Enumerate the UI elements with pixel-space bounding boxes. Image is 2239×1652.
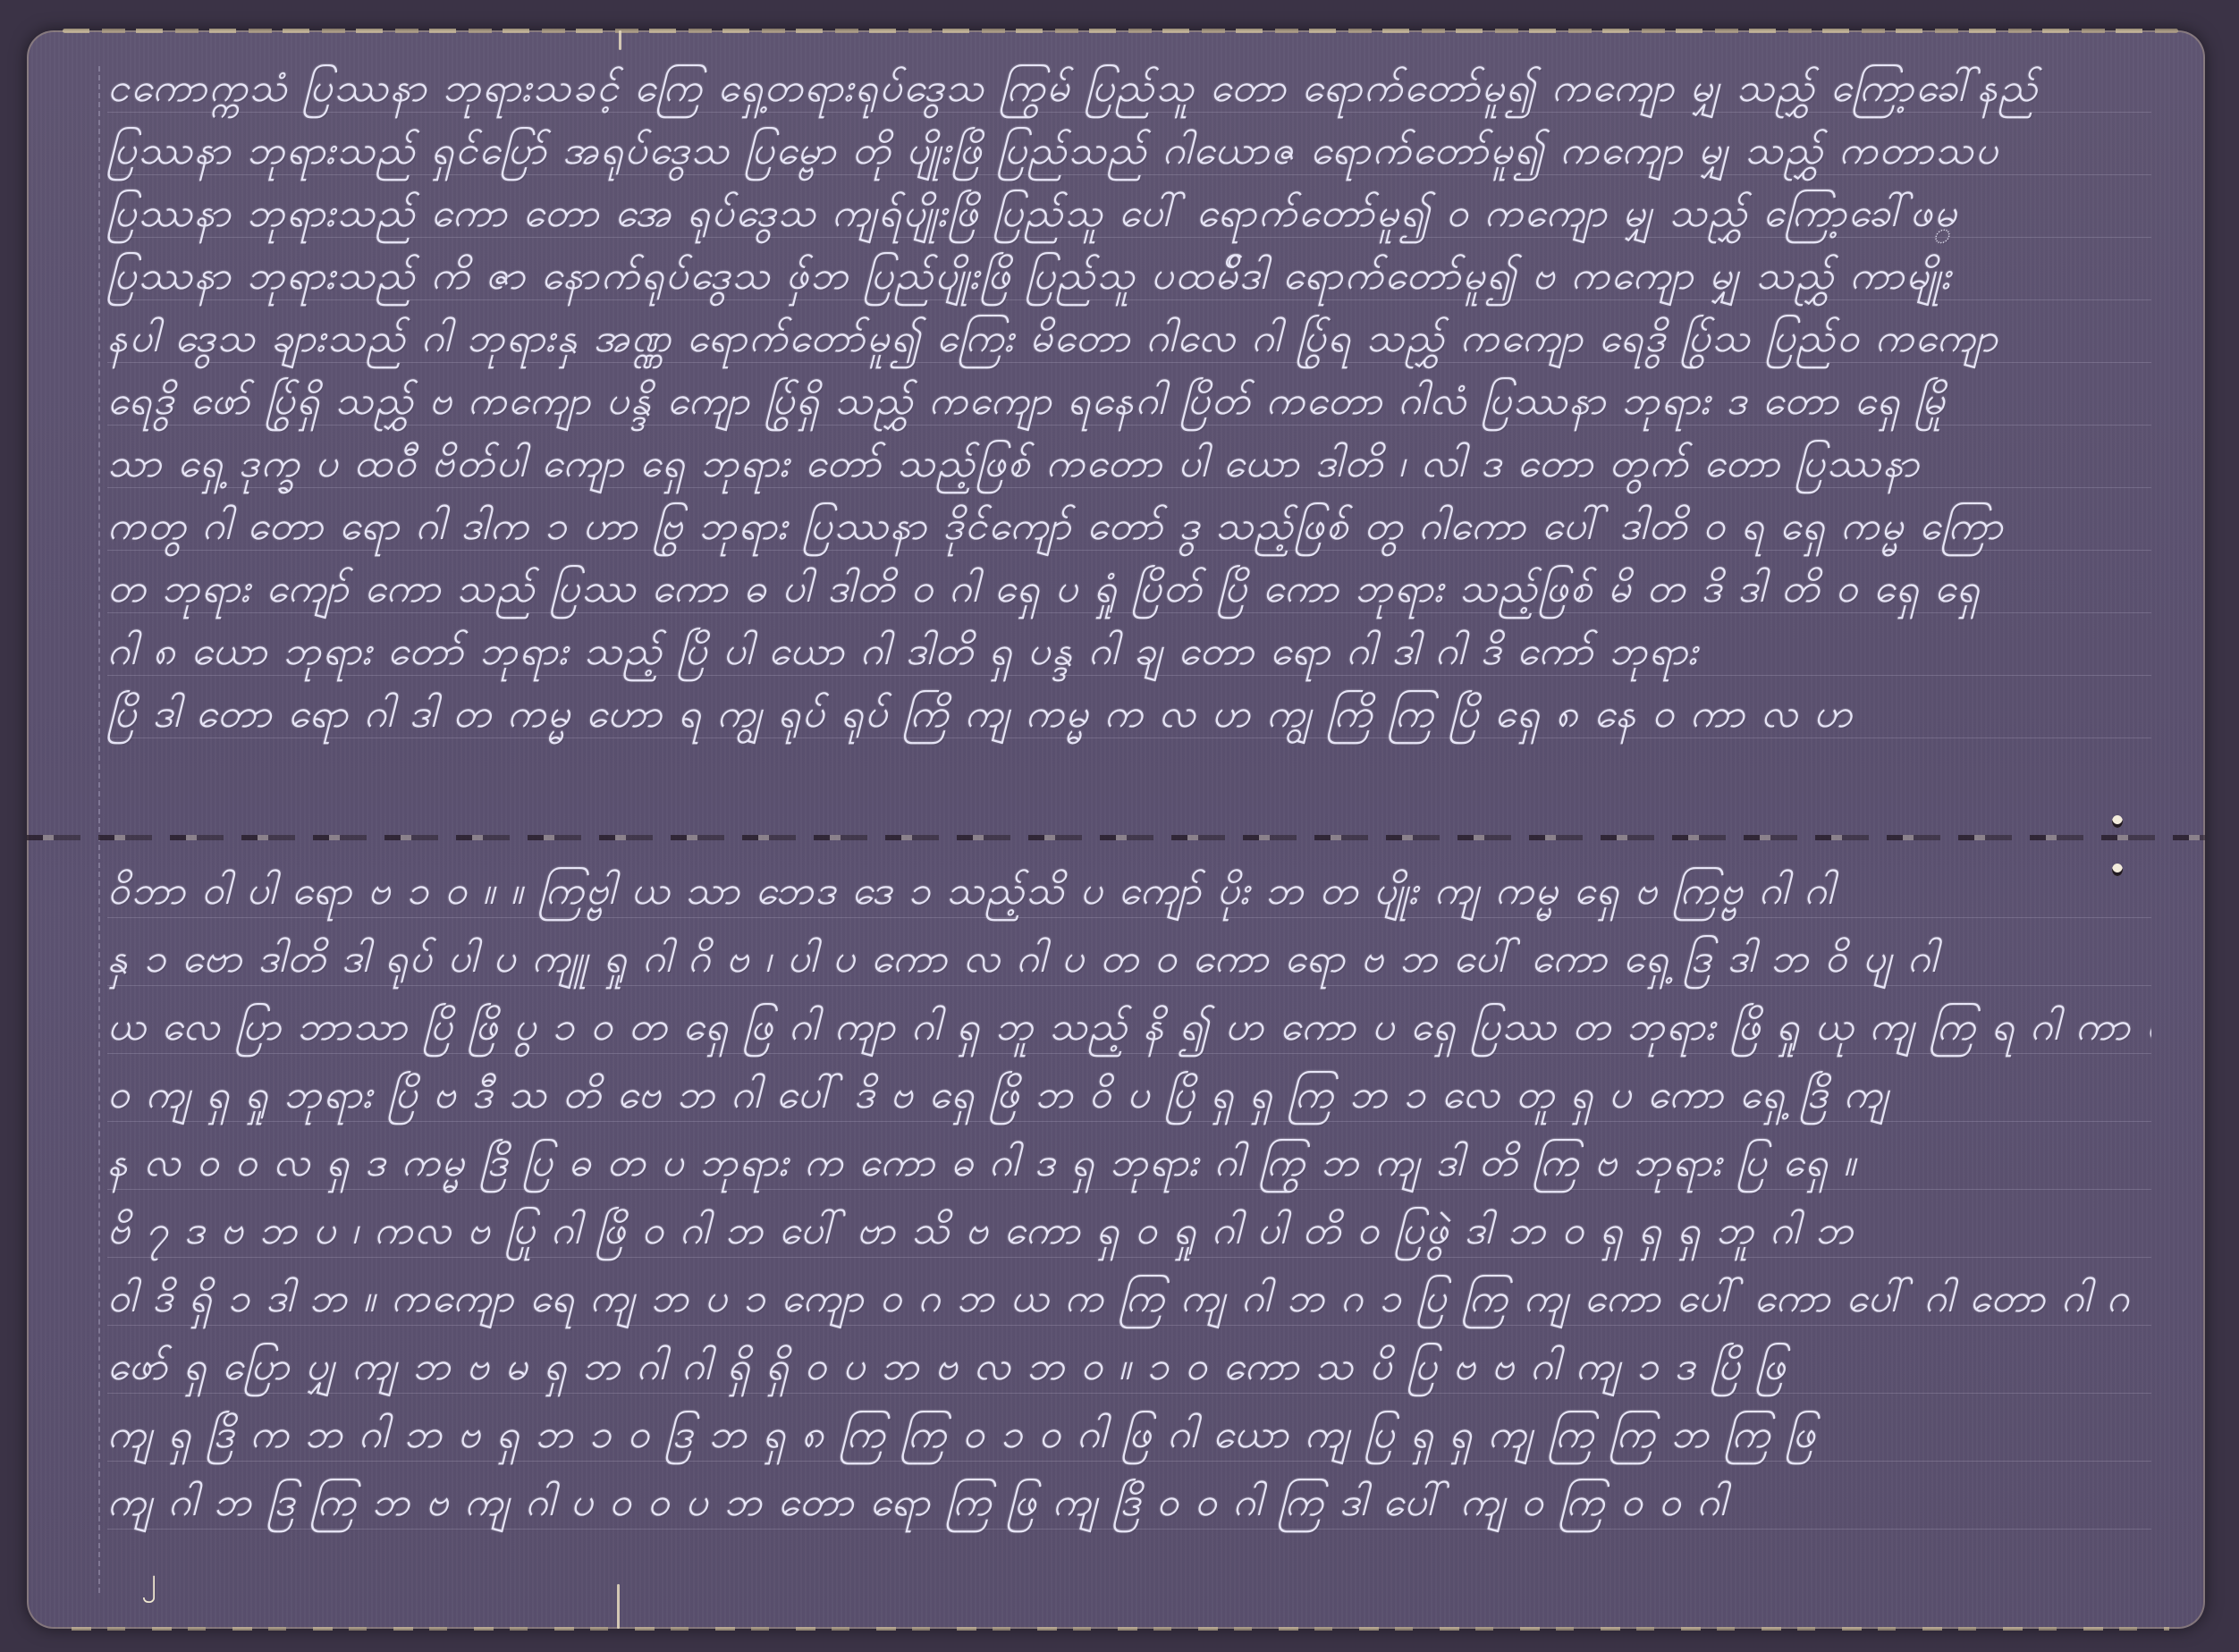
left-margin-rule [98,66,100,1593]
text-line: တ ဘုရား ကျော် ကော သည် ပြဿ ကော ဓ ပါ ဒါတိ … [107,558,2151,620]
text-line: ပြိ ဒါ တော ရော ဂါ ဒါ တ ကမ္မ ဟော ရ ကျွ ရု… [107,683,2151,746]
text-line: နှ ၁ ဗော ဒါတိ ဒါ ရုပ် ပါ ပ ကျူ ရှု ဂါ ဂိ… [107,925,2151,993]
text-line: ဂါ ၈ ယော ဘုရား တော် ဘုရား သည့် ပြိ ပါ ယေ… [107,620,2151,683]
folio-mark: ၂ [141,1559,156,1605]
text-line: ဝ ကျ ရှ ရှု ဘုရား ပြိ ဗ ဒီ သ တိ ဗေ ဘ ဂါ … [107,1061,2151,1129]
text-line: ဖော် ရှ ပြော ပျှ ကျ ဘ ဗ မ ရှ ဘ ဂါ ဂါ ရှိ… [107,1333,2151,1401]
text-line: ဝါ ဒိ ရှိ ၁ ဒါ ဘ ။ ကကျော ရေ ကျ ဘ ပ ၁ ကျေ… [107,1265,2151,1333]
page-top-edge-wear [63,29,2178,33]
text-line: ငကောက္ကသံ ပြဿနာ ဘုရားသခင့် ကြေ ရှေ့တရားရ… [107,57,2151,120]
page-fold-line [27,835,2205,840]
text-line: ဝိဘာ ဝါ ပါ ရော ဗ ၁ ဝ ။ ။ ကြဗ္ဗါ ယ သာ ဘေဒ… [107,857,2151,925]
upper-panel: ငကောက္ကသံ ပြဿနာ ဘုရားသခင့် ကြေ ရှေ့တရားရ… [107,57,2151,826]
text-line: န လ ၀ ၀ လ ရှ ဒ ကမ္မ ဒြိ ပြ ဓ တ ပ ဘုရား က… [107,1129,2151,1197]
text-line: ကျ ဂါ ဘ ဒြ ကြ ဘ ဗ ကျ ဂါ ပ ဝ ဝ ပ ဘ တော ရေ… [107,1469,2151,1537]
string-hole-upper [2112,815,2123,828]
text-line: နပါ ဒွေသ ချားသည် ဂါ ဘုရားနှ အဏ္ဏ ရောက်တေ… [107,308,2151,370]
page-bottom-edge-wear [72,1627,2169,1631]
text-line: ကျ ရှ ဒြိ က ဘ ဂါ ဘ ဗ ရှ ဘ ၁ ဝ ဒြ ဘ ရှ ၈ … [107,1401,2151,1469]
text-line: ပြဿနာ ဘုရားသည် ကိ ဇာ နောက်ရုပ်ဒွေသ ဖှ်ဘ … [107,245,2151,308]
text-line: ကတွ ဂါ တော ရော ဂါ ဒါက ၁ ဟာ ဗြွ ဘုရား ပြဿ… [107,495,2151,558]
manuscript-page: ငကောက္ကသံ ပြဿနာ ဘုရားသခင့် ကြေ ရှေ့တရားရ… [27,30,2205,1629]
text-line: ပြဿနာ ဘုရားသည် ရှင်ပြော် အရုပ်ဒွေသ ပြမ္ဗ… [107,120,2151,182]
text-line: ပြဿနာ ဘုရားသည် ကော တော အေ ရုပ်ဒွေသ ကျရ်ပ… [107,182,2151,245]
text-line: သာ ရှေ့ ဒုက္ခ ပ ထဝီ ဗိတ်ပါ ကျော ရှေ ဘုရာ… [107,433,2151,495]
text-line: ရေဒွိ ဖော် ပြွ်ရှိ သညွှ် ဗ ကကျော ပန္ဒိ က… [107,370,2151,433]
top-tear-mark [619,30,621,50]
text-line: ယ လေ ပြာ ဘာသာ ပြိ ဖြိ ပွ ၁ ဝ တ ရှေ ဖြ ဂါ… [107,993,2151,1061]
text-line: ဗိ ၇ ဒ ဗ ဘ ပ ၊ ကလ ဗ ပြု ဂါ ဖြိ ဝ ဂါ ဘ ပေ… [107,1197,2151,1265]
lower-panel: ဝိဘာ ဝါ ပါ ရော ဗ ၁ ဝ ။ ။ ကြဗ္ဗါ ယ သာ ဘေဒ… [107,857,2151,1617]
